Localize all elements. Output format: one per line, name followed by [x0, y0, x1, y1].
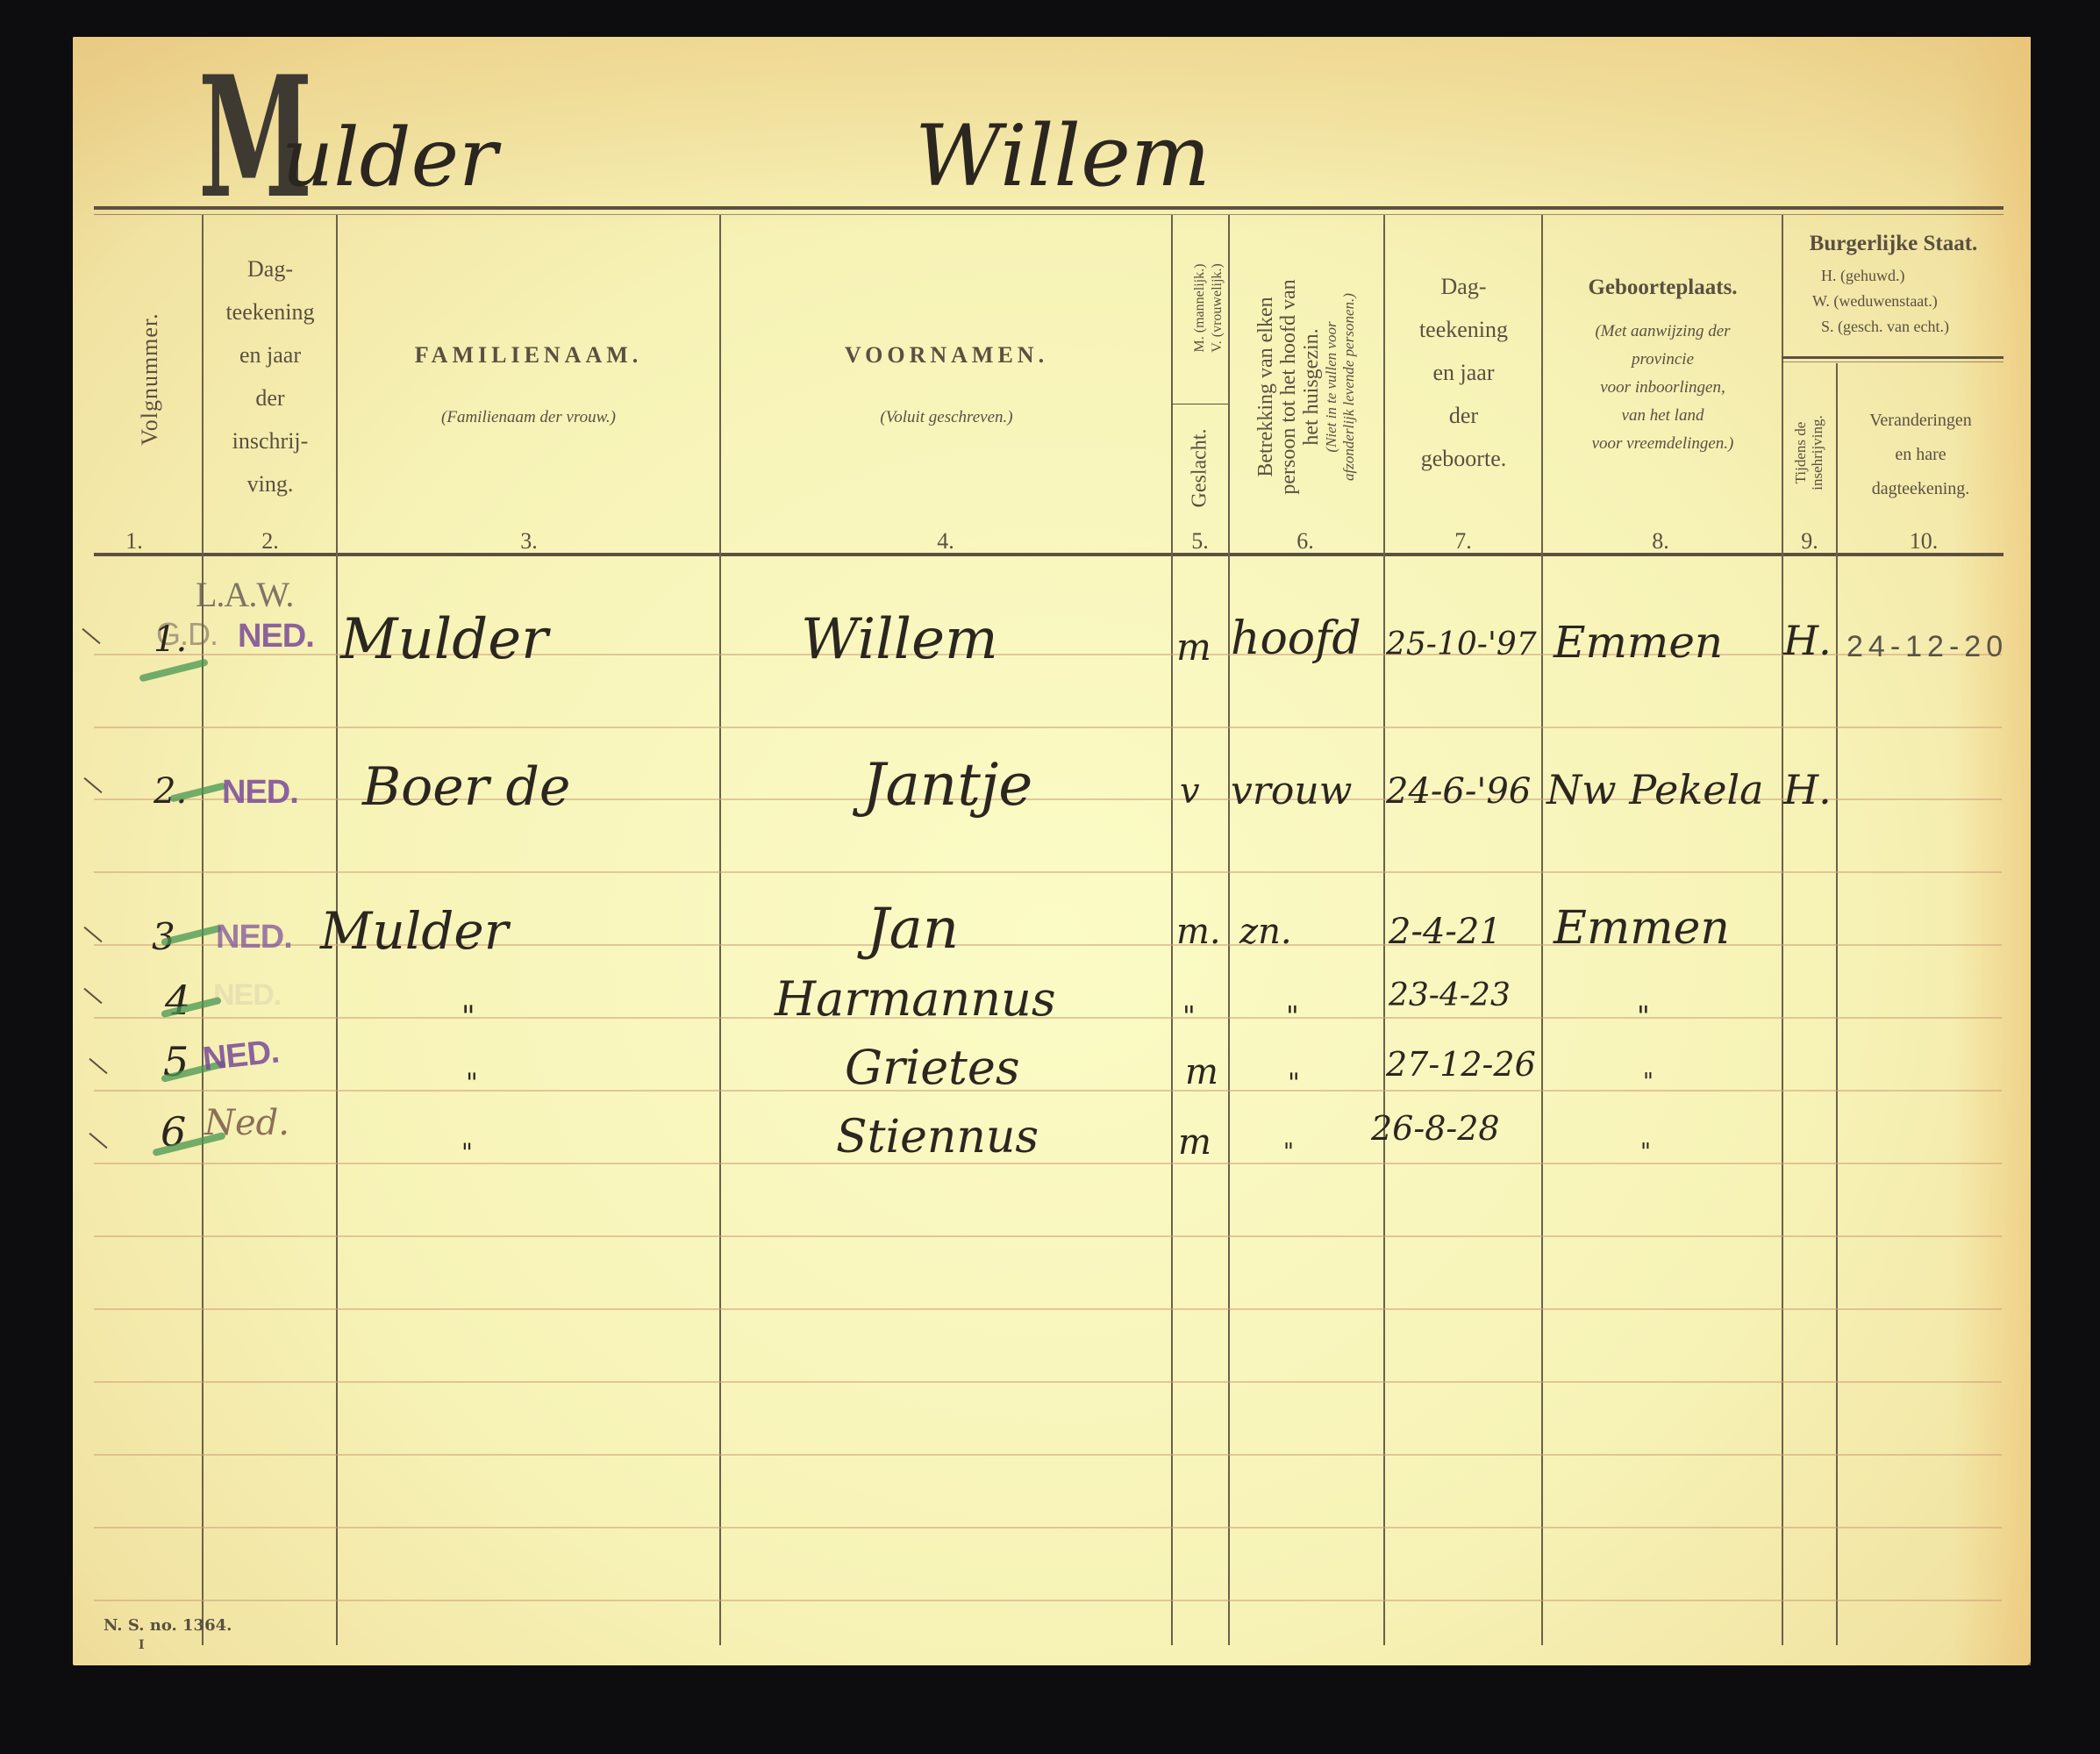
row-voornamen: Jantje: [862, 756, 1032, 814]
staat-split-rule-thin: [1782, 362, 2004, 362]
ned-stamp: NED.: [222, 774, 298, 812]
row-geboortedatum: 24-6-'96: [1386, 774, 1531, 809]
row-rule: [94, 1600, 2002, 1601]
row-betrekking: ": [1286, 1002, 1299, 1030]
col5-number: 5.: [1174, 528, 1226, 555]
row-geboorteplaats: ": [1640, 1141, 1651, 1163]
row-familienaam: ": [461, 1141, 473, 1165]
title-surname: ulder: [282, 118, 497, 198]
row-betrekking: ": [1288, 1070, 1300, 1097]
col6-header: Betrekking van elken persoon tot het hoo…: [1254, 229, 1358, 545]
col9-header: Tijdens de insehrijving.: [1792, 400, 1825, 505]
col9-group-header: Burgerlijke Staat.: [1783, 232, 2004, 256]
col8-header: Geboorteplaats.: [1544, 276, 1782, 300]
col6-number: 6.: [1279, 528, 1332, 555]
col4-subheader: (Voluit geschreven.): [722, 408, 1171, 427]
row-geslacht: m: [1176, 629, 1211, 666]
header-bottom-rule: [94, 553, 2004, 556]
col5-legend-m: M. (mannelijk.): [1192, 233, 1208, 383]
green-marker-strike: [139, 658, 209, 682]
row-familienaam: Mulder: [340, 612, 548, 668]
check-tick: [83, 927, 102, 942]
col9-number: 9.: [1783, 528, 1836, 555]
row-familienaam: Mulder: [320, 906, 508, 956]
row-geslacht: v: [1180, 774, 1200, 809]
col-divider-9: [1836, 363, 1838, 1645]
row-rule: [94, 1454, 2002, 1456]
row-betrekking: hoofd: [1231, 616, 1361, 662]
row-rule: [94, 1308, 2002, 1310]
title-given-name: Willem: [915, 114, 1211, 198]
row-geslacht: m: [1185, 1055, 1218, 1090]
row-geboortedatum: 27-12-26: [1386, 1048, 1536, 1081]
row-voornamen: Harmannus: [775, 976, 1056, 1023]
ned-stamp-faint: NED.: [213, 978, 281, 1013]
col7-header: Dag- teekening en jaar der geboorte.: [1386, 265, 1541, 480]
col-divider-5: [1228, 215, 1230, 1645]
row-volgnummer: 1.: [154, 622, 187, 657]
row-geboorteplaats: Emmen: [1554, 906, 1730, 951]
col-divider-6: [1383, 215, 1385, 1645]
register-card: M ulder Willem Volgnummer. 1. Dag- teeke…: [73, 37, 2031, 1665]
col-divider-8: [1782, 215, 1783, 1645]
row-voornamen: Stiennus: [836, 1114, 1039, 1160]
row-betrekking: zn.: [1239, 914, 1292, 949]
row-geboorteplaats: ": [1643, 1070, 1654, 1093]
col9-legend: H. (gehuwd.) W. (weduwenstaat.) S. (gesc…: [1805, 263, 2004, 340]
row-rule: [94, 1381, 2002, 1383]
row-geboorteplaats: ": [1637, 1002, 1650, 1030]
row-geboorteplaats: Nw Pekela: [1546, 770, 1764, 810]
row-geboorteplaats: Emmen: [1554, 620, 1723, 664]
ned-stamp: NED.: [216, 919, 292, 956]
col7-number: 7.: [1437, 528, 1489, 555]
law-stamp: L.A.W.: [196, 574, 293, 615]
form-number: N. S. no. 1364.: [104, 1616, 232, 1635]
row-burgerlijke-staat: H.: [1783, 620, 1832, 661]
row-rule: [94, 1163, 2002, 1164]
col2-header: Dag- teekening en jaar der inschrij- vin…: [204, 247, 336, 505]
ned-stamp: NED.: [238, 618, 314, 655]
check-tick: [89, 1058, 107, 1074]
col10-number: 10.: [1893, 528, 1954, 555]
col10-header: Veranderingen en hare dagteekening.: [1838, 404, 2004, 506]
row-betrekking: ": [1283, 1141, 1294, 1163]
row-burgerlijke-staat: H.: [1783, 770, 1832, 810]
col4-number: 4.: [919, 528, 972, 555]
row-familienaam: ": [461, 1002, 475, 1032]
col8-number: 8.: [1634, 528, 1687, 555]
col2-number: 2.: [244, 528, 296, 555]
col-divider-7: [1541, 215, 1543, 1645]
check-tick: [83, 777, 102, 793]
col8-subheader: (Met aanwijzing der provincie voor inboo…: [1544, 318, 1782, 458]
row-familienaam: Boer de: [362, 761, 570, 813]
header-top-rule: [94, 206, 2004, 210]
col3-header: FAMILIENAAM.: [338, 342, 719, 369]
check-tick: [83, 988, 102, 1004]
header-top-rule-thin: [94, 214, 2004, 215]
row-volgnummer: 2.: [154, 774, 187, 809]
row-veranderingen: 24-12-20: [1846, 632, 2008, 662]
col3-subheader: (Familienaam der vrouw.): [338, 408, 719, 427]
row-voornamen: Willem: [801, 612, 998, 668]
col-divider-4: [1171, 215, 1173, 1645]
row-geboortedatum: 26-8-28: [1371, 1112, 1500, 1145]
row-rule: [94, 727, 2002, 728]
col4-header: VOORNAMEN.: [722, 342, 1171, 369]
staat-split-rule: [1782, 356, 2004, 359]
row-familienaam: ": [466, 1070, 478, 1097]
row-rule: [94, 1090, 2002, 1092]
col5-legend-v: V. (vrouwelijk.): [1210, 233, 1225, 383]
col1-number: 1.: [108, 528, 161, 555]
form-subnumber: I: [139, 1638, 145, 1652]
row-geboortedatum: 2-4-21: [1389, 914, 1502, 949]
row-voornamen: Grietes: [845, 1044, 1020, 1092]
row-betrekking: vrouw: [1231, 772, 1352, 811]
row-geslacht: ": [1182, 1002, 1196, 1030]
row-voornamen: Jan: [867, 901, 959, 957]
ned-stamp: NED.: [201, 1034, 281, 1079]
check-tick: [82, 628, 100, 644]
row-rule: [94, 1527, 2002, 1528]
row-geslacht: m: [1178, 1125, 1211, 1160]
check-tick: [89, 1133, 107, 1149]
row-geboortedatum: 25-10-'97: [1386, 629, 1537, 661]
row-rule: [94, 871, 2002, 873]
row-geboortedatum: 23-4-23: [1389, 980, 1511, 1012]
row-geslacht: m.: [1176, 914, 1221, 949]
col3-number: 3.: [503, 528, 555, 555]
col-divider-3: [719, 215, 721, 1645]
col5-header: Geslacht.: [1189, 403, 1212, 534]
ned-handwritten: Ned.: [204, 1106, 289, 1141]
row-rule: [94, 1235, 2002, 1237]
col1-header: Volgnummer.: [137, 291, 163, 467]
